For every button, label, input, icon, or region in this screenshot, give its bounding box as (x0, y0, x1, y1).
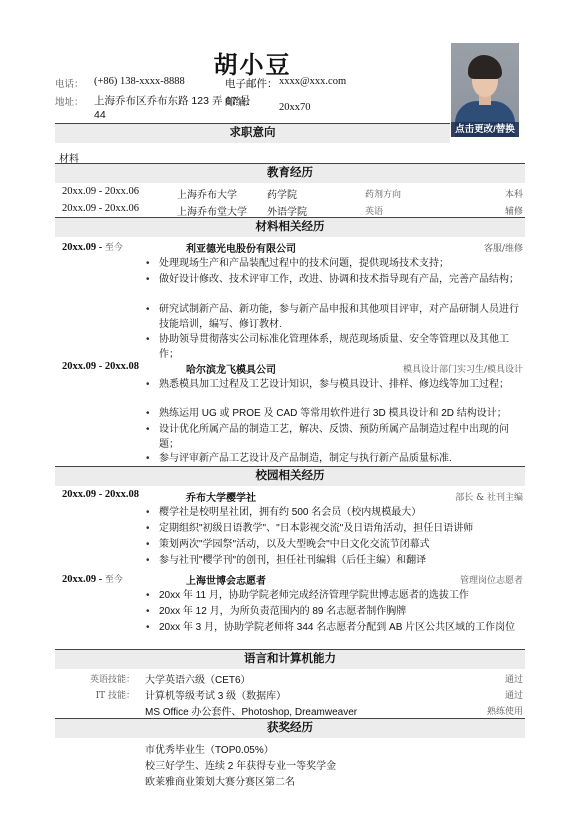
address-label: 地址： (55, 94, 84, 108)
campus-org: 乔布大学樱学社 (186, 489, 256, 504)
email-value: xxxx@xxx.com (279, 76, 346, 87)
address-line-2: 44 (94, 109, 106, 121)
work-role: 客服/维修 (484, 241, 523, 254)
profile-photo[interactable]: 点击更改/替换 (451, 43, 519, 137)
contact-info: 电话： (+86) 138-xxxx-8888 电子邮件： xxxx@xxx.c… (55, 76, 450, 124)
skill-item: 大学英语六级（CET6） (145, 671, 251, 686)
work-bullet: 熟练运用 UG 或 PROE 及 CAD 等常用软件进行 3D 模具设计和 2D… (145, 406, 523, 421)
award-item: 校三好学生、连续 2 年获得专业一等奖学金 (145, 757, 336, 772)
skill-item: MS Office 办公套件、Photoshop, Dreamweaver (145, 703, 357, 718)
section-header-objective: 求职意向 (55, 123, 450, 143)
phone-value: (+86) 138-xxxx-8888 (94, 76, 185, 87)
education-college: 外语学院 (267, 203, 307, 218)
photo-hair-shape (468, 55, 502, 79)
campus-bullet: 20xx 年 11 月，协助学院老师完成经济管理学院世博志愿者的选拔工作 (145, 588, 523, 603)
skill-label: IT 技能： (55, 688, 135, 701)
work-bullet: 参与评审新产品工艺设计及产品制造，制定与执行新产品质量标准. (145, 451, 523, 466)
campus-bullet: 樱学社是校明星社团，拥有约 500 名会员（校内规模最大） (145, 505, 523, 520)
campus-bullet: 策划两次"学园祭"活动，以及大型晚会"中日文化交流节闭幕式 (145, 537, 523, 552)
work-bullet: 做好设计修改、技术评审工作，改进、协调和技术指导现有产品，完善产品结构； (145, 272, 523, 287)
campus-role: 部长 & 社刊主编 (455, 490, 523, 503)
section-header-work: 材料相关经历 (55, 217, 525, 237)
work-dates: 20xx.09 - 20xx.08 (62, 361, 139, 372)
award-item: 欧莱雅商业策划大赛分赛区第二名 (145, 773, 295, 788)
zip-value: 20xx70 (279, 102, 311, 113)
campus-bullet: 定期组织"初级日语教学"、"日本影视交流"及日语角活动，担任日语讲师 (145, 521, 523, 536)
candidate-name: 胡小豆 (55, 45, 450, 80)
work-date-end: 至今 (105, 243, 123, 253)
campus-dates: 20xx.09 - 20xx.08 (62, 489, 139, 500)
campus-bullet: 参与社刊"樱学刊"的创刊，担任社刊编辑（后任主编）和翻译 (145, 553, 523, 568)
section-header-education: 教育经历 (55, 163, 525, 183)
skill-item: 计算机等级考试 3 级（数据库） (145, 687, 286, 702)
email-label: 电子邮件： (225, 76, 278, 91)
campus-org: 上海世博会志愿者 (186, 572, 266, 587)
education-major: 英语 (365, 204, 383, 217)
contact-row-phone: 电话： (+86) 138-xxxx-8888 电子邮件： xxxx@xxx.c… (55, 76, 450, 94)
section-header-campus: 校园相关经历 (55, 466, 525, 486)
work-company: 利亚德光电股份有限公司 (186, 240, 296, 255)
campus-bullet: 20xx 年 12 月，为所负责范围内的 89 名志愿者制作胸牌 (145, 604, 523, 619)
work-date-start: 20xx.09 - (62, 242, 105, 253)
work-role: 模具设计部门实习生/模具设计 (403, 362, 523, 375)
education-school: 上海乔布大学 (177, 186, 237, 201)
education-dates: 20xx.09 - 20xx.06 (62, 203, 139, 214)
phone-label: 电话： (55, 76, 84, 90)
award-item: 市优秀毕业生（TOP0.05%） (145, 741, 274, 756)
campus-date-end: 至今 (105, 575, 123, 585)
section-header-skills: 语言和计算机能力 (55, 649, 525, 669)
work-company: 哈尔滨龙飞模具公司 (186, 361, 276, 376)
campus-bullet: 20xx 年 3 月，协助学院老师将 344 名志愿者分配到 AB 片区公共区域… (145, 620, 523, 635)
education-college: 药学院 (267, 186, 297, 201)
education-degree: 本科 (505, 187, 523, 200)
education-major: 药剂方向 (365, 187, 401, 200)
work-bullet: 处理现场生产和产品装配过程中的技术问题，提供现场技术支持； (145, 256, 523, 271)
work-bullet: 研究试制新产品、新功能，参与新产品申报和其他项目评审，对产品研制人员进行技能培训… (145, 302, 523, 332)
campus-role: 管理岗位志愿者 (460, 573, 523, 586)
zip-label: 邮编： (225, 94, 257, 109)
education-degree: 辅修 (505, 204, 523, 217)
education-school: 上海乔布堂大学 (177, 203, 247, 218)
skill-label: 英语技能： (55, 672, 135, 685)
work-dates: 20xx.09 - 至今 (62, 240, 123, 253)
skill-level: 通过 (505, 672, 523, 685)
skill-level: 熟练使用 (487, 704, 523, 717)
skill-level: 通过 (505, 688, 523, 701)
change-photo-button[interactable]: 点击更改/替换 (451, 122, 519, 137)
campus-date-start: 20xx.09 - (62, 574, 105, 585)
work-bullet: 设计优化所属产品的制造工艺，解决、反馈、预防所属产品制造过程中出现的问题； (145, 422, 523, 452)
work-bullet: 熟悉模具加工过程及工艺设计知识，参与模具设计、排样、修边线等加工过程； (145, 377, 523, 392)
education-dates: 20xx.09 - 20xx.06 (62, 186, 139, 197)
campus-dates: 20xx.09 - 至今 (62, 572, 123, 585)
section-header-awards: 获奖经历 (55, 718, 525, 738)
work-bullet: 协助领导贯彻落实公司标准化管理体系，规范现场质量、安全等管理以及其他工作； (145, 332, 523, 362)
contact-row-address: 地址： 上海乔布区乔布东路 123 弄 67 号 44 邮编： 20xx70 (55, 94, 450, 124)
